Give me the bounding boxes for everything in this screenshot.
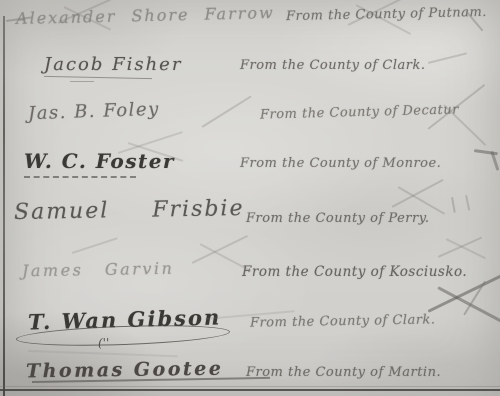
county-label: From the County of Clark. xyxy=(240,58,426,73)
bleed-through-mark xyxy=(28,350,178,357)
bottom-rule-shadow xyxy=(0,386,500,387)
bleed-through-mark xyxy=(201,95,251,127)
county-label: From the County of Kosciusko. xyxy=(242,264,467,280)
bleed-through-mark xyxy=(443,104,486,146)
signature-name: Alexander Shore Farrow xyxy=(16,3,275,28)
bleed-through-mark xyxy=(465,195,470,211)
county-label: From the County of Monroe. xyxy=(240,156,441,171)
signature-underline xyxy=(44,76,152,79)
county-label: From the County of Clark. xyxy=(250,312,436,330)
signature-name: Jas. B. Foley xyxy=(28,99,160,125)
signature-underline xyxy=(70,81,94,82)
bleed-through-mark xyxy=(72,237,118,254)
signature-underline xyxy=(24,176,136,178)
left-margin-rule xyxy=(3,16,5,396)
signature-name: Samuel Frisbie xyxy=(14,196,245,225)
bottom-rule xyxy=(0,389,500,391)
bleed-through-mark xyxy=(192,235,249,264)
county-label: From the County of Perry. xyxy=(246,211,429,226)
signature-name: Jacob Fisher xyxy=(44,54,182,75)
county-label: From the County of Decatur xyxy=(260,102,459,122)
signature-name: W. C. Foster xyxy=(24,149,175,173)
signature-name: James Garvin xyxy=(22,259,175,281)
scanned-document-page: Alexander Shore Farrow From the County o… xyxy=(0,0,500,396)
county-label: From the County of Martin. xyxy=(246,365,441,380)
bleed-through-mark xyxy=(392,179,444,208)
bleed-through-mark xyxy=(451,197,456,213)
bleed-through-mark xyxy=(428,52,467,64)
